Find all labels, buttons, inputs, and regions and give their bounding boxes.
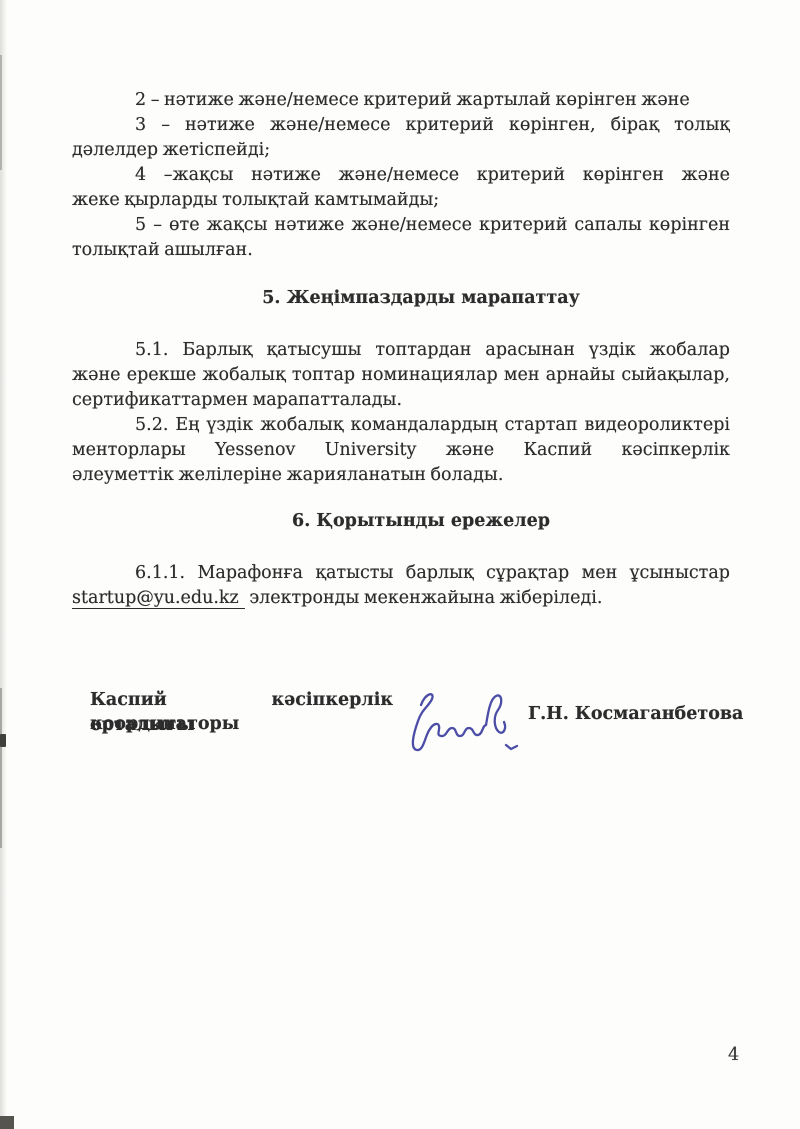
paragraph-5-1-line-3: сертификаттармен марапатталады.	[72, 388, 730, 413]
paragraph-5-1-line-1: 5.1. Барлық қатысушы топтардан арасынан …	[72, 338, 730, 363]
signer-name: Г.Н. Космаганбетова	[528, 702, 743, 727]
scan-artifact-line-top	[0, 55, 2, 170]
scan-artifact-line-middle	[0, 688, 2, 848]
paragraph-6-1-1-line-2-rest: электронды мекенжайына жіберіледі.	[249, 588, 602, 608]
email-address: startup@yu.edu.kz	[72, 588, 245, 609]
paragraph-5-2-line-2: менторлары Yessenov University және Касп…	[72, 438, 730, 463]
criteria-item-5-line-1: 5 – өте жақсы нәтиже және/немесе критери…	[72, 213, 730, 238]
scan-artifact-corner-mark	[0, 1116, 14, 1129]
paragraph-5-2-line-1: 5.2. Ең үздік жобалық командалардың стар…	[72, 413, 730, 438]
signature-org-line-2: координаторы	[90, 712, 393, 737]
paragraph-5-2-line-3: әлеуметтік желілеріне жарияланатын болад…	[72, 463, 730, 488]
section-6-heading: 6. Қорытынды ережелер	[92, 509, 750, 534]
section-5-heading: 5. Жеңімпаздарды марапаттау	[92, 286, 750, 311]
page-number: 4	[728, 1045, 739, 1065]
paragraph-6-1-1-line-2: startup@yu.edu.kz электронды мекенжайына…	[72, 586, 730, 611]
handwritten-signature	[395, 683, 520, 768]
signature-org-line-1: Каспий кәсіпкерлік орталығы	[90, 688, 393, 713]
paragraph-6-1-1-line-1: 6.1.1. Марафонға қатысты барлық сұрақтар…	[72, 561, 730, 586]
criteria-item-5-line-2: толықтай ашылған.	[72, 238, 730, 263]
criteria-item-4-line-2: жеке қырларды толықтай камтымайды;	[72, 188, 730, 213]
paragraph-5-1-line-2: және ерекше жобалық топтар номинациялар …	[72, 363, 730, 388]
criteria-item-2-line-1: 2 – нәтиже және/немесе критерий жартылай…	[72, 88, 730, 113]
scanned-document-page: 2 – нәтиже және/немесе критерий жартылай…	[0, 0, 800, 1129]
scan-artifact-tick	[0, 734, 6, 747]
criteria-item-3-line-1: 3 – нәтиже және/немесе критерий көрінген…	[72, 113, 730, 138]
criteria-item-3-line-2: дәлелдер жетіспейді;	[72, 138, 730, 163]
criteria-item-4-line-1: 4 –жақсы нәтиже және/немесе критерий көр…	[72, 163, 730, 188]
